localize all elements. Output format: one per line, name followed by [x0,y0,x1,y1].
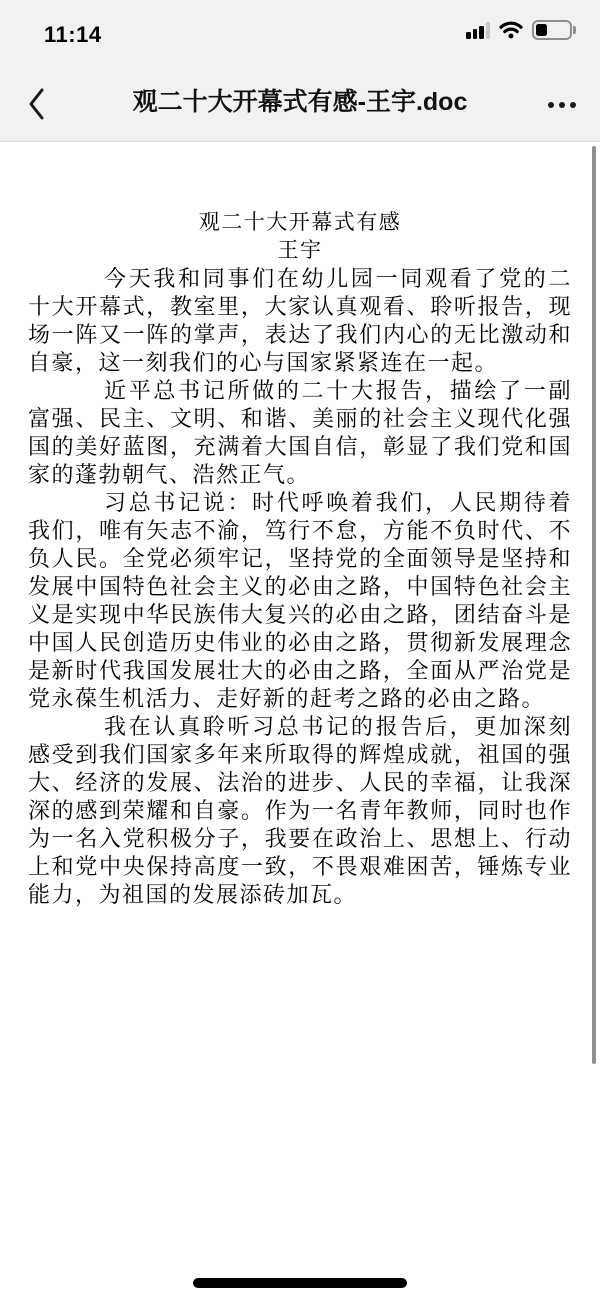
document-filename-title: 观二十大开幕式有感-王宇.doc [70,62,530,138]
back-button[interactable] [18,84,54,124]
signal-bar-4-empty [486,22,491,39]
document-title: 观二十大开幕式有感 [28,209,572,237]
top-chrome: 11:14 [0,0,600,142]
ellipsis-icon [548,102,554,108]
document-content: 观二十大开幕式有感 王宇 今天我和同事们在幼儿园一同观看了党的二十大开幕式，教室… [0,143,600,909]
ellipsis-icon [570,102,576,108]
document-paragraph: 我在认真聆听习总书记的报告后，更加深刻感受到我们国家多年来所取得的辉煌成就，祖国… [28,713,572,909]
home-indicator[interactable] [193,1278,407,1288]
signal-bar-1 [466,32,471,39]
battery-fill-level [536,24,547,36]
wifi-icon [499,21,523,39]
signal-bar-2 [473,29,478,39]
status-time: 11:14 [44,22,102,48]
phone-screen: 11:14 [0,0,600,1298]
status-bar: 11:14 [0,0,600,62]
nav-bar: 观二十大开幕式有感-王宇.doc [0,62,600,142]
cellular-signal-icon [466,22,490,39]
document-paragraph: 今天我和同事们在幼儿园一同观看了党的二十大开幕式，教室里，大家认真观看、聆听报告… [28,265,572,377]
document-paragraph: 习总书记说：时代呼唤着我们，人民期待着我们，唯有矢志不渝，笃行不怠，方能不负时代… [28,489,572,713]
status-icons [466,20,576,40]
ellipsis-icon [559,102,565,108]
document-page[interactable]: 观二十大开幕式有感 王宇 今天我和同事们在幼儿园一同观看了党的二十大开幕式，教室… [0,143,600,1298]
battery-icon [532,20,572,40]
battery-nub [573,26,576,34]
scrollbar-thumb[interactable] [592,146,596,1064]
chevron-left-icon [27,87,45,121]
document-paragraph: 近平总书记所做的二十大报告，描绘了一副富强、民主、文明、和谐、美丽的社会主义现代… [28,377,572,489]
document-author: 王宇 [28,237,572,265]
signal-bar-3 [479,26,484,39]
more-menu-button[interactable] [532,90,576,120]
